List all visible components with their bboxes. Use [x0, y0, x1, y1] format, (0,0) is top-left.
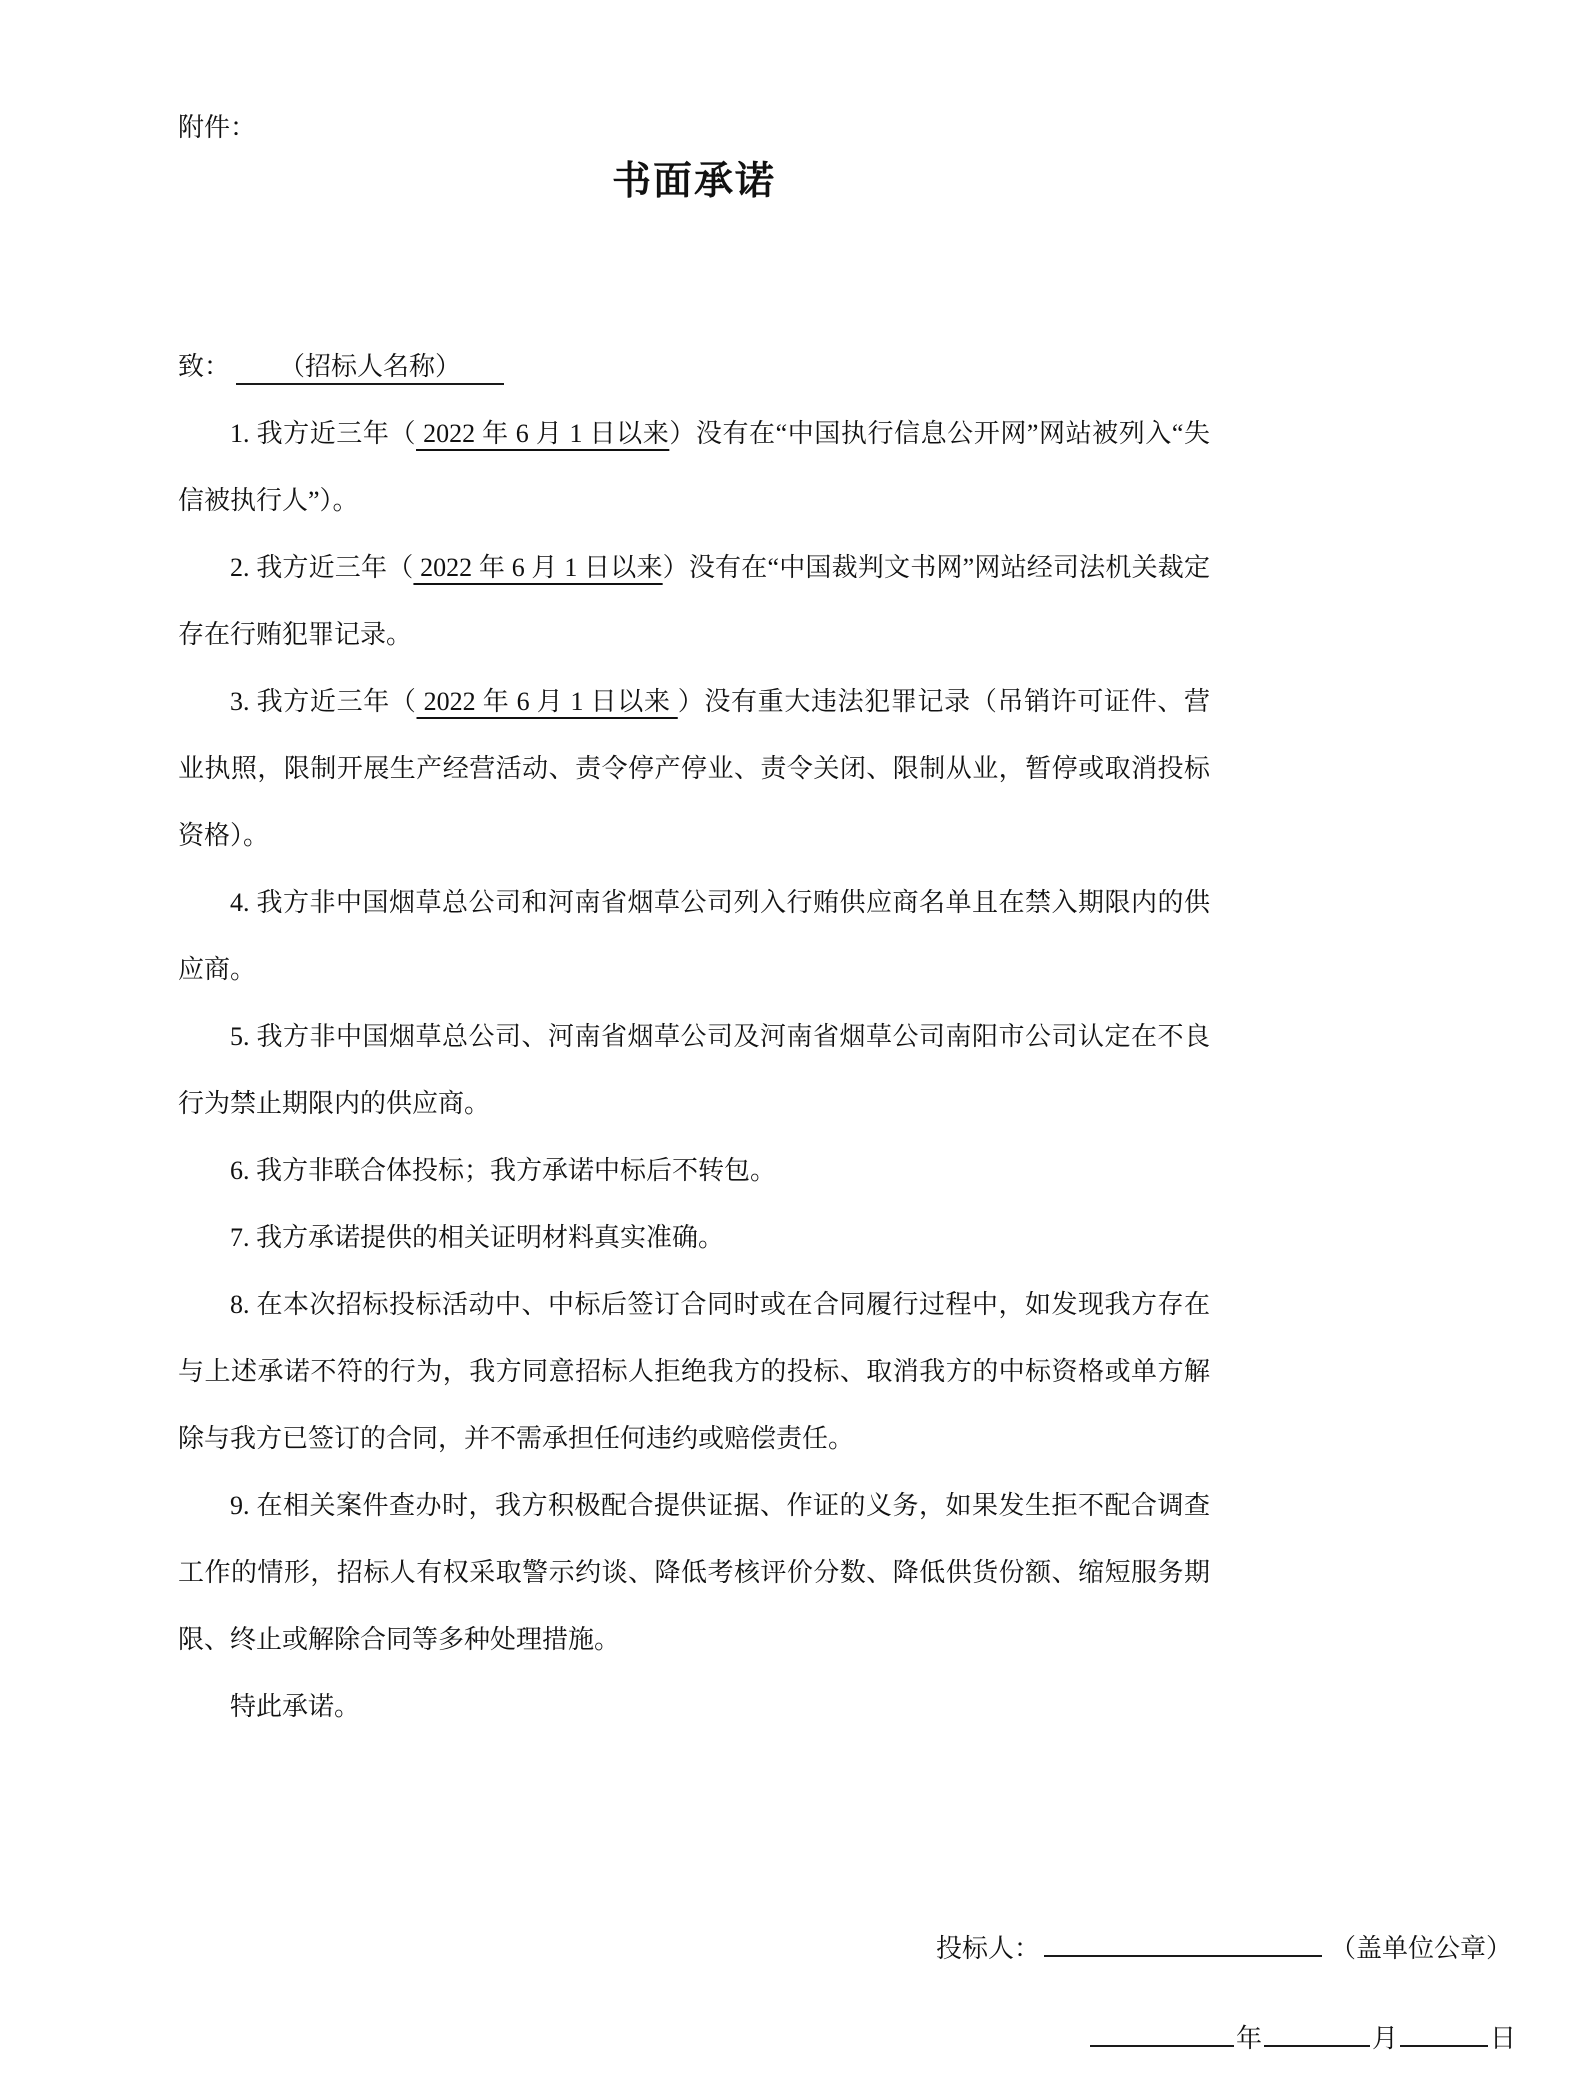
paragraph: 6. 我方非联合体投标；我方承诺中标后不转包。 [178, 1137, 1210, 1204]
text-segment: 2. 我方近三年（ [230, 553, 413, 582]
paragraph: 3. 我方近三年（ 2022 年 6 月 1 日以来 ）没有重大违法犯罪记录（吊… [178, 668, 1210, 869]
day-blank [1400, 2015, 1488, 2047]
paragraph: 4. 我方非中国烟草总公司和河南省烟草公司列入行贿供应商名单且在禁入期限内的供应… [178, 869, 1210, 1003]
text-segment: 5. 我方非中国烟草总公司、河南省烟草公司及河南省烟草公司南阳市公司认定在不良行… [178, 1022, 1210, 1118]
document-page: 附件： 书面承诺 致：（招标人名称） 1. 我方近三年（ 2022 年 6 月 … [0, 0, 1587, 2096]
text-segment: 1. 我方近三年（ [230, 419, 416, 448]
day-label: 日 [1488, 2024, 1518, 2053]
closing-line: 特此承诺。 [178, 1673, 1210, 1740]
addressee-name-blank: （招标人名称） [236, 351, 504, 385]
text-segment: 6. 我方非联合体投标；我方承诺中标后不转包。 [230, 1156, 776, 1185]
paragraph: 2. 我方近三年（ 2022 年 6 月 1 日以来）没有在“中国裁判文书网”网… [178, 534, 1210, 668]
salutation-line: 致：（招标人名称） [178, 333, 1210, 400]
document-body: 附件： 书面承诺 致：（招标人名称） 1. 我方近三年（ 2022 年 6 月 … [178, 112, 1210, 1740]
signature-row: 投标人：（盖单位公章） [356, 1924, 1512, 1974]
paragraph: 5. 我方非中国烟草总公司、河南省烟草公司及河南省烟草公司南阳市公司认定在不良行… [178, 1003, 1210, 1137]
paragraph: 7. 我方承诺提供的相关证明材料真实准确。 [178, 1204, 1210, 1271]
date-underlined-segment: 2022 年 6 月 1 日以来 [413, 553, 662, 582]
paragraph: 8. 在本次招标投标活动中、中标后签订合同时或在合同履行过程中，如发现我方存在与… [178, 1271, 1210, 1472]
commitment-content: 致：（招标人名称） 1. 我方近三年（ 2022 年 6 月 1 日以来）没有在… [178, 333, 1210, 1740]
text-segment: 特此承诺。 [230, 1692, 360, 1721]
commitment-paragraph-list: 1. 我方近三年（ 2022 年 6 月 1 日以来）没有在“中国执行信息公开网… [178, 400, 1210, 1740]
paragraph: 9. 在相关案件查办时，我方积极配合提供证据、作证的义务，如果发生拒不配合调查工… [178, 1472, 1210, 1673]
year-label: 年 [1234, 2024, 1264, 2053]
attachment-label: 附件： [178, 112, 1210, 145]
bidder-name-blank [1044, 1925, 1322, 1957]
date-underlined-segment: 2022 年 6 月 1 日以来 [417, 687, 678, 716]
seal-note: （盖单位公章） [1330, 1934, 1512, 1963]
paragraph: 1. 我方近三年（ 2022 年 6 月 1 日以来）没有在“中国执行信息公开网… [178, 400, 1210, 534]
text-segment: 9. 在相关案件查办时，我方积极配合提供证据、作证的义务，如果发生拒不配合调查工… [178, 1491, 1210, 1654]
month-label: 月 [1370, 2024, 1400, 2053]
year-blank [1090, 2015, 1234, 2047]
date-underlined-segment: 2022 年 6 月 1 日以来 [416, 419, 669, 448]
month-blank [1264, 2015, 1370, 2047]
page-title: 书面承诺 [178, 159, 1210, 206]
text-segment: 3. 我方近三年（ [230, 687, 417, 716]
bidder-label: 投标人： [936, 1934, 1040, 1963]
text-segment: 8. 在本次招标投标活动中、中标后签订合同时或在合同履行过程中，如发现我方存在与… [178, 1290, 1210, 1453]
date-row: 年月日 [356, 2014, 1518, 2064]
text-segment: 4. 我方非中国烟草总公司和河南省烟草公司列入行贿供应商名单且在禁入期限内的供应… [178, 888, 1210, 984]
salutation-prefix: 致： [178, 352, 230, 381]
text-segment: 7. 我方承诺提供的相关证明材料真实准确。 [230, 1223, 724, 1252]
